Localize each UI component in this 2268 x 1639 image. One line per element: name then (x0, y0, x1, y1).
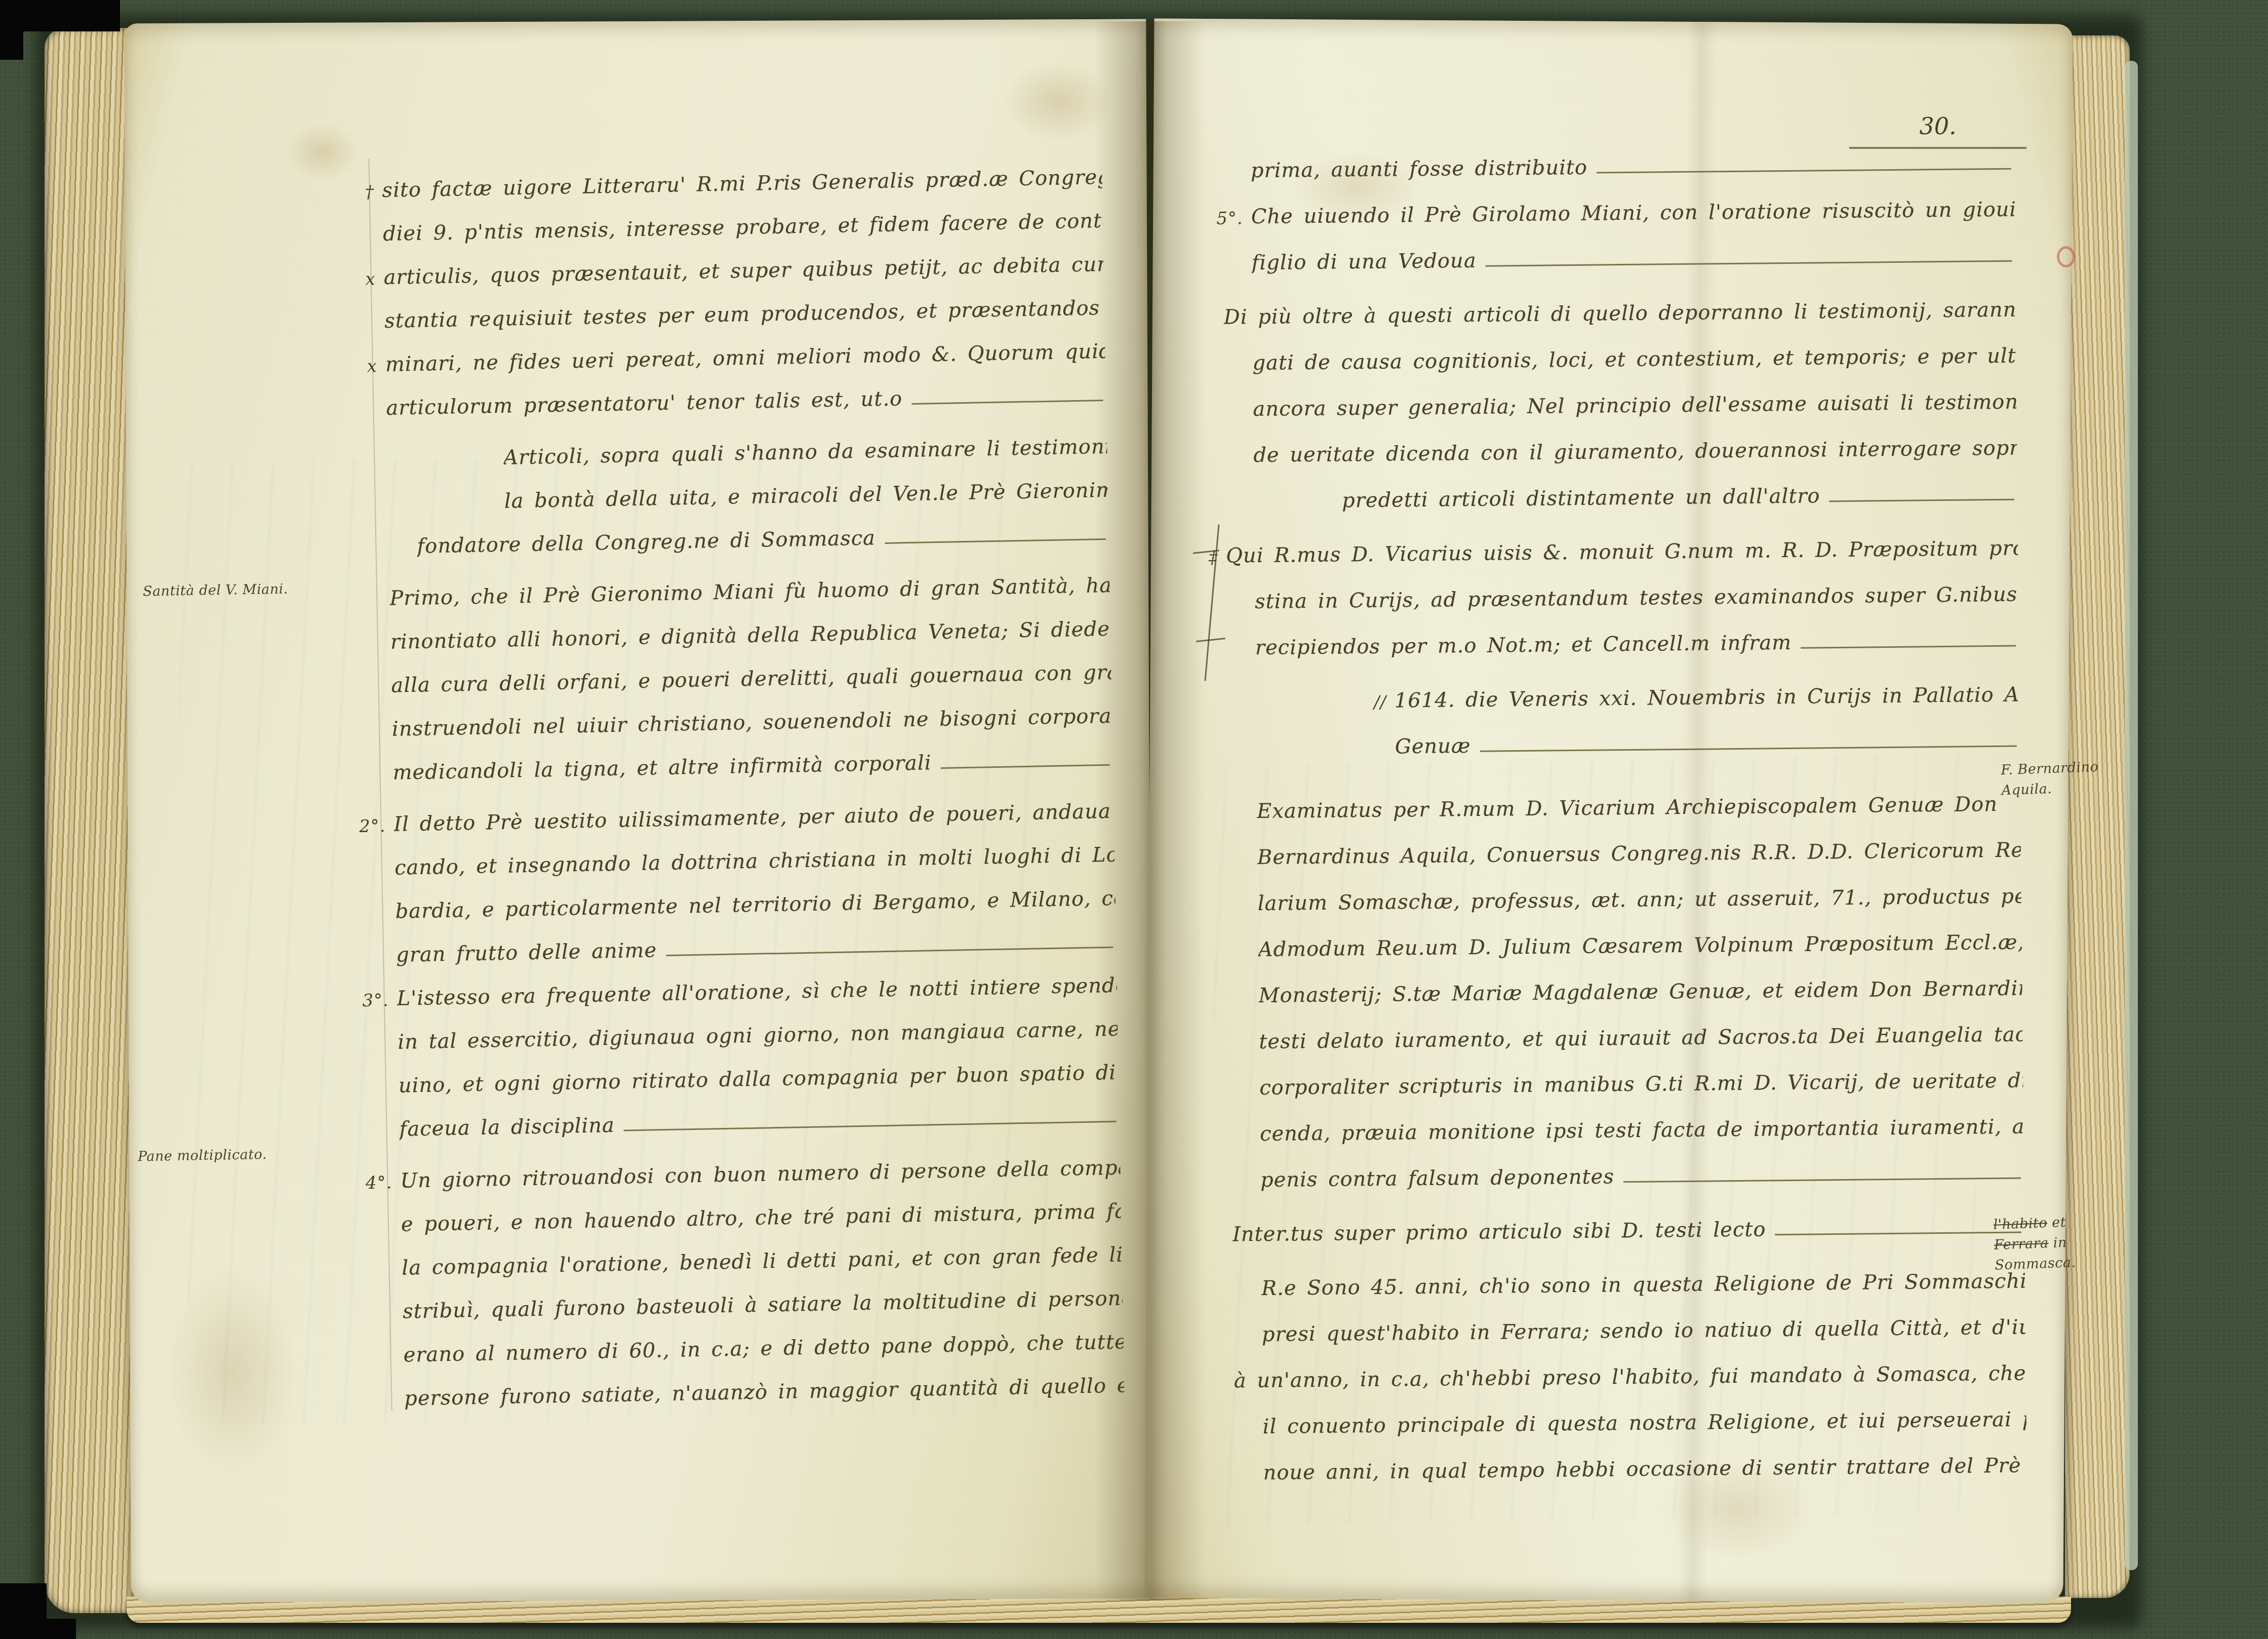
handwritten-text: predetti articoli distintamente un dall'… (1342, 484, 1820, 512)
manuscript-photo: 30. † sito factæ uigore Litteraru' R.mi … (0, 0, 2268, 1639)
paragraph-marker: x (328, 269, 384, 290)
text-line: 5°. Che uiuendo il Prè Girolamo Miani, c… (1257, 175, 2015, 228)
text-line: R.e Sono 45. anni, ch'io sono in questa … (1267, 1247, 2025, 1300)
fore-edge-rim (2125, 61, 2138, 1570)
margin-note-santita: Santità del V. Miani. (143, 579, 289, 602)
text-line: larium Somaschæ, professus, æt. ann; ut … (1263, 862, 2021, 915)
margin-note-pane: Pane moltiplicato. (138, 1145, 267, 1167)
text-line: penis contra falsum deponentes (1266, 1139, 2024, 1192)
text-line: stina in Curijs, ad præsentandum testes … (1260, 560, 2018, 613)
text-line: Di più oltre à questi articoli di quello… (1229, 276, 2016, 329)
paragraph-marker: 2°. (338, 816, 394, 837)
text-line: Examinatus per R.mum D. Vicarium Archiep… (1262, 770, 2020, 823)
paragraph-marker (1339, 758, 1395, 759)
text-line: prima, auanti fosse distribuito (1256, 129, 2014, 182)
text-line: Genuæ (1401, 707, 2020, 759)
text-line: à un'anno, in c.a, ch'hebbi preso l'habi… (1240, 1339, 2026, 1393)
page-stack-edge-left (45, 28, 136, 1613)
margin-note-habit: l'habito etFerrara inSommasca. (1993, 1212, 2076, 1276)
text-line: corporaliter scripturis in manibus G.ti … (1265, 1046, 2023, 1100)
paragraph-marker (1286, 512, 1342, 513)
paragraph-marker: 4°. (344, 1173, 401, 1194)
text-line: testi delato iuramento, et qui iurauit a… (1265, 1000, 2023, 1053)
right-page-text: prima, auanti fosse distribuito 5°. Che … (1228, 129, 2026, 1485)
handwritten-text: Inter.tus super primo articulo sibi D. t… (1232, 1218, 1766, 1246)
text-line: il conuento principale di questa nostra … (1268, 1385, 2026, 1438)
margin-note-witness: F. BernardinoAquila. (2001, 757, 2100, 801)
margin-note-line: Sommasca. (1995, 1253, 2077, 1276)
paragraph-marker: 5°. (1196, 208, 1251, 229)
handwritten-text: medicandoli la tigna, et altre infirmità… (392, 751, 932, 784)
page-stack-edge-right (2065, 35, 2130, 1598)
text-line: predetti articoli distintamente un dall'… (1348, 460, 2018, 513)
margin-note-line: F. Bernardino (2001, 757, 2099, 781)
handwritten-text: recipiendos per m.o Not.m; et Cancell.m … (1255, 631, 1792, 659)
text-line: Monasterij; S.tæ Mariæ Magdalenæ Genuæ, … (1264, 954, 2022, 1007)
text-line: de ueritate dicenda con il giuramento, d… (1259, 414, 2017, 467)
text-line: figlio di una Vedoua (1257, 221, 2015, 275)
text-line: Inter.tus super primo articulo sibi D. t… (1238, 1193, 2024, 1246)
text-line: gati de causa cognitionis, loci, et cont… (1258, 322, 2016, 375)
text-line: ancora super generalia; Nel principio de… (1259, 368, 2017, 421)
text-line: recipiendos per m.o Not.m; et Cancell.m … (1261, 606, 2019, 659)
handwritten-text: faceua la disciplina (399, 1114, 615, 1141)
paragraph-marker: x (330, 356, 386, 377)
margin-note-line: l'habito et (1993, 1212, 2075, 1235)
left-page-text: † sito factæ uigore Litteraru' R.mi P.ri… (368, 145, 1124, 1411)
text-line: Bernardinus Aquila, Conuersus Congreg.ni… (1263, 816, 2021, 869)
text-line: presi quest'habito in Ferrara; sendo io … (1267, 1293, 2025, 1346)
text-line: noue anni, in qual tempo hebbi occasione… (1269, 1431, 2027, 1484)
margin-note-line: Aquila. (2001, 777, 2099, 801)
paragraph-marker: // (1339, 692, 1395, 713)
handwritten-text: prima, auanti fosse distribuito (1251, 156, 1588, 182)
handwritten-text: penis contra falsum deponentes (1260, 1165, 1614, 1192)
handwritten-text: fondatore della Congreg.ne di Sommasca (417, 526, 876, 558)
scan-corner (0, 0, 23, 60)
paragraph-marker: 3°. (341, 990, 397, 1011)
paragraph-marker: † (326, 182, 382, 203)
scan-corner (0, 1619, 76, 1639)
red-ring-mark (2057, 246, 2075, 267)
handwritten-text: Genuæ (1395, 734, 1471, 758)
text-line: // 1614. die Veneris xxi. Nouembris in C… (1400, 660, 2019, 713)
text-line: cenda, præuia monitione ipsi testi facta… (1266, 1092, 2024, 1146)
text-line: Admodum Reu.um D. Julium Cæsarem Volpinu… (1264, 908, 2022, 961)
paragraph-marker (448, 470, 504, 471)
margin-note-line: Ferrara in (1994, 1232, 2076, 1256)
handwritten-text: figlio di una Vedoua (1251, 249, 1476, 275)
text-line: ‡ Qui R.mus D. Vicarius uisis &. monuit … (1232, 514, 2018, 568)
handwritten-text: articulorum præsentatoru' tenor talis es… (386, 387, 903, 420)
